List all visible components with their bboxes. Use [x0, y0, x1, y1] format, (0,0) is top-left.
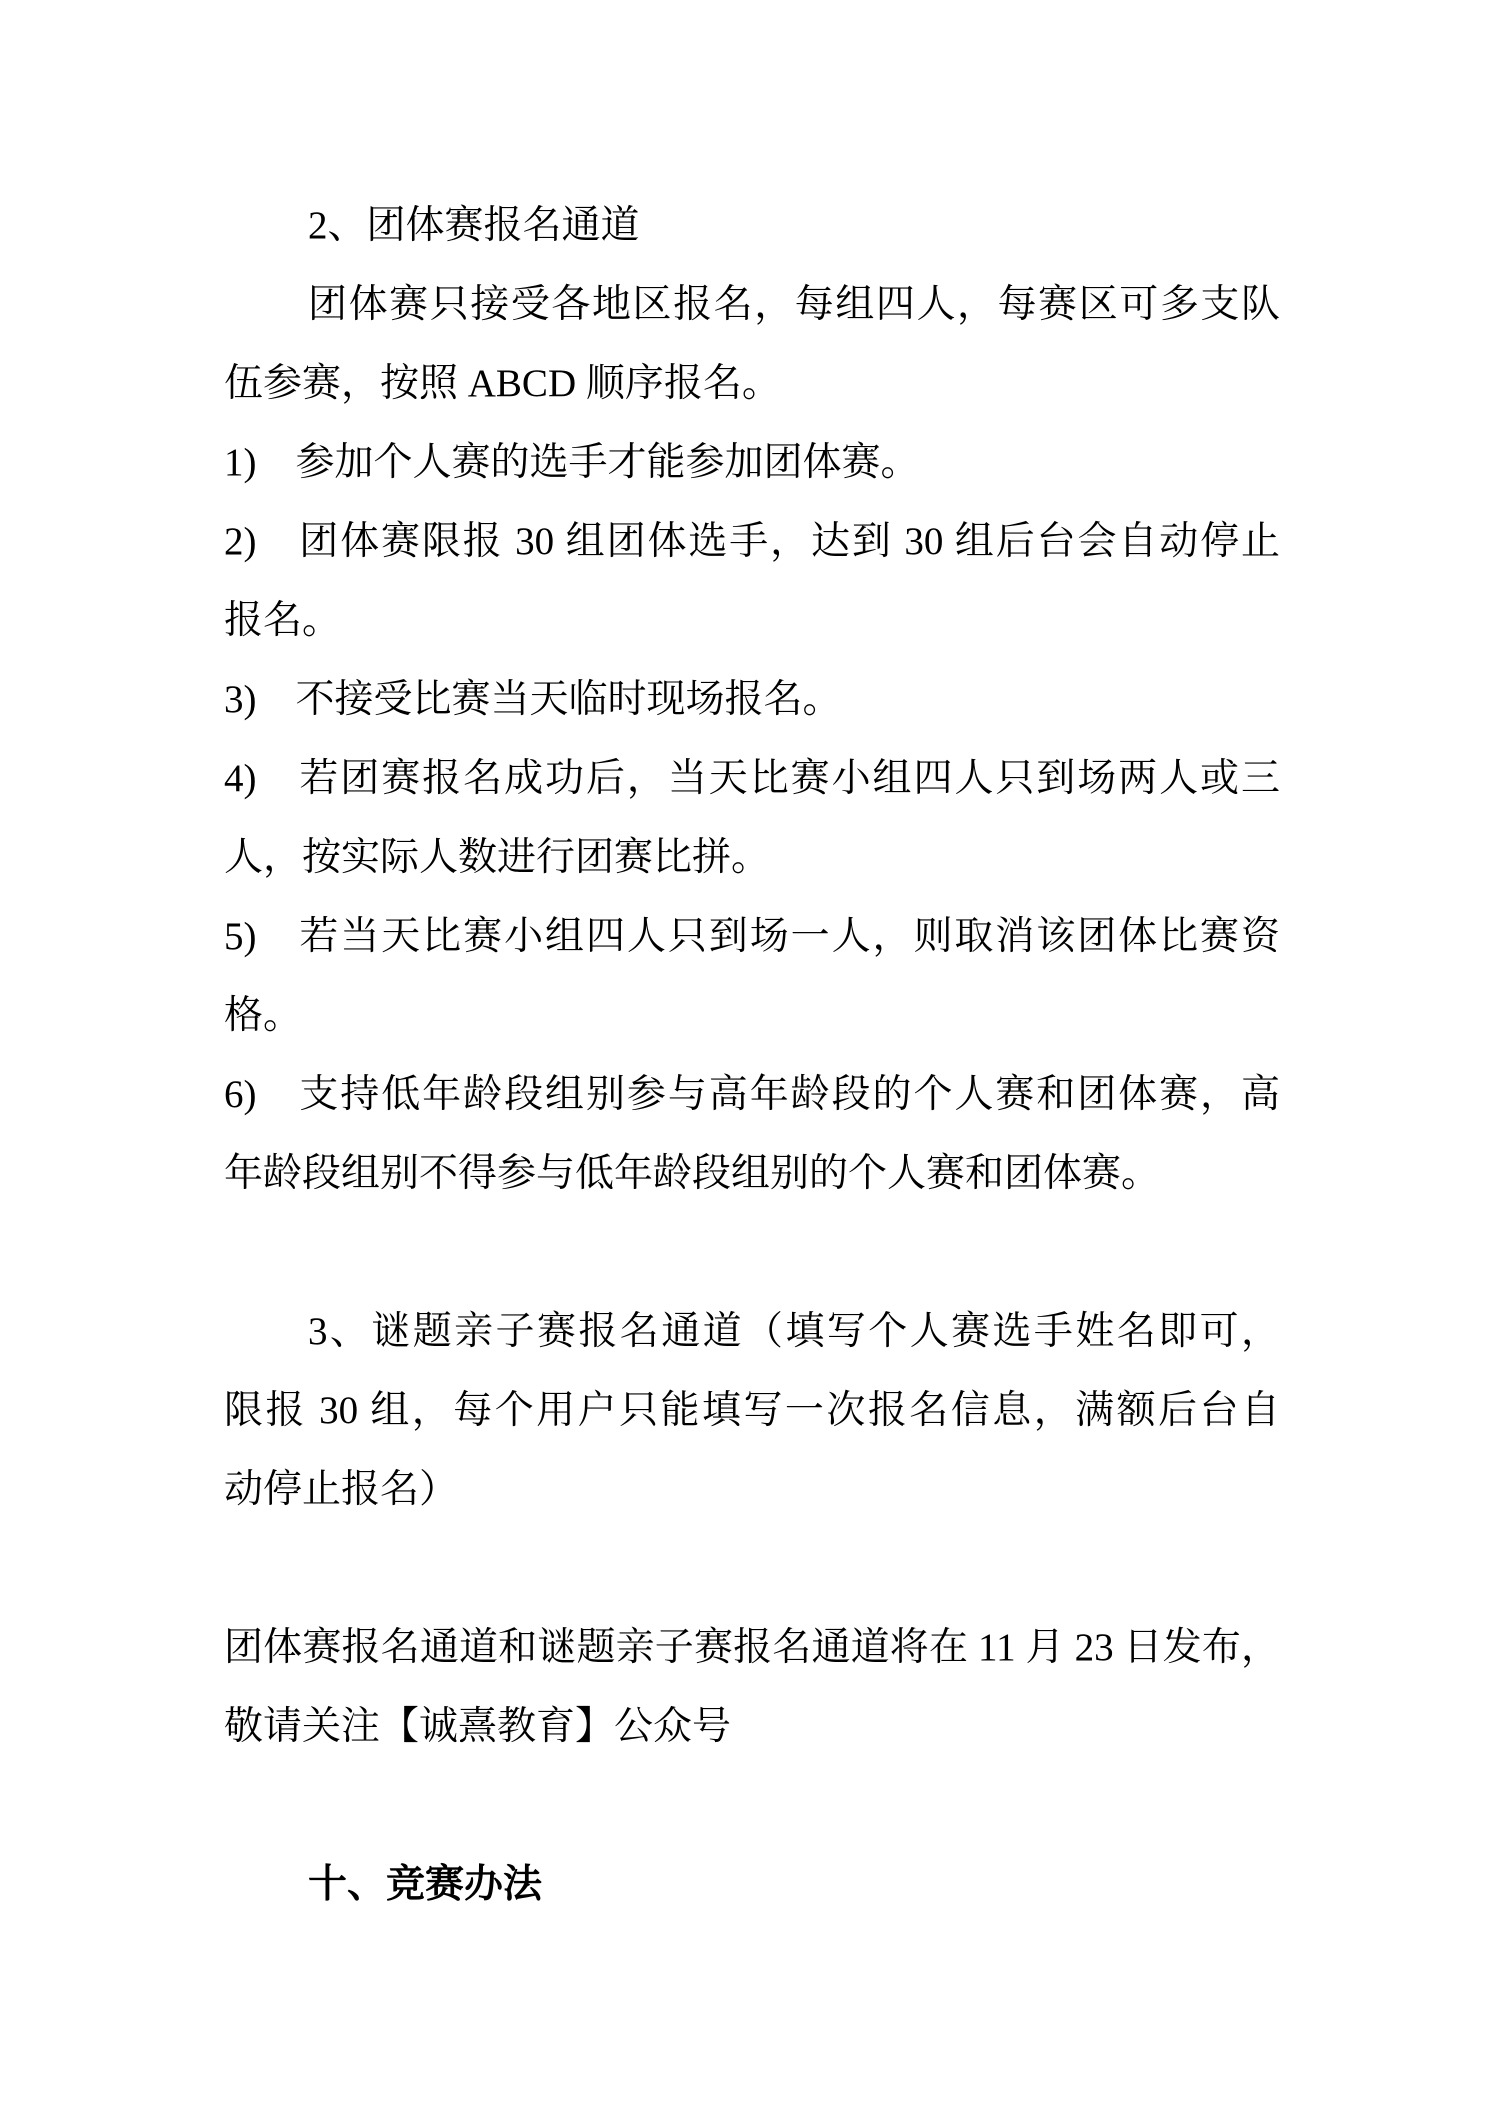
text-line: 动停止报名）: [224, 1450, 1280, 1529]
text-line: 格。: [224, 976, 1280, 1055]
text-line: 4) 若团赛报名成功后，当天比赛小组四人只到场两人或三: [224, 739, 1280, 818]
text-line: 团体赛只接受各地区报名，每组四人，每赛区可多支队: [224, 265, 1280, 344]
text-line: 3) 不接受比赛当天临时现场报名。: [224, 660, 1280, 739]
text-line: 报名。: [224, 581, 1280, 660]
blank-line: [224, 1529, 1280, 1608]
text-line: 限报 30 组，每个用户只能填写一次报名信息，满额后台自: [224, 1371, 1280, 1450]
blank-line: [224, 1766, 1280, 1845]
text-line: 敬请关注【诚熹教育】公众号: [224, 1687, 1280, 1766]
text-line: 3、谜题亲子赛报名通道（填写个人赛选手姓名即可，: [224, 1292, 1280, 1371]
text-line: 1) 参加个人赛的选手才能参加团体赛。: [224, 423, 1280, 502]
text-line: 团体赛报名通道和谜题亲子赛报名通道将在 11 月 23 日发布，: [224, 1608, 1280, 1687]
blank-line: [224, 1213, 1280, 1292]
section-heading: 十、竞赛办法: [224, 1845, 1280, 1924]
text-line: 5) 若当天比赛小组四人只到场一人，则取消该团体比赛资: [224, 897, 1280, 976]
text-line: 人，按实际人数进行团赛比拼。: [224, 818, 1280, 897]
document-page: 2、团体赛报名通道团体赛只接受各地区报名，每组四人，每赛区可多支队伍参赛，按照 …: [0, 0, 1500, 2121]
text-line: 2) 团体赛限报 30 组团体选手，达到 30 组后台会自动停止: [224, 502, 1280, 581]
text-line: 2、团体赛报名通道: [224, 186, 1280, 265]
text-line: 伍参赛，按照 ABCD 顺序报名。: [224, 344, 1280, 423]
text-line: 年龄段组别不得参与低年龄段组别的个人赛和团体赛。: [224, 1134, 1280, 1213]
text-line: 6) 支持低年龄段组别参与高年龄段的个人赛和团体赛，高: [224, 1055, 1280, 1134]
text-body: 2、团体赛报名通道团体赛只接受各地区报名，每组四人，每赛区可多支队伍参赛，按照 …: [224, 186, 1280, 1924]
